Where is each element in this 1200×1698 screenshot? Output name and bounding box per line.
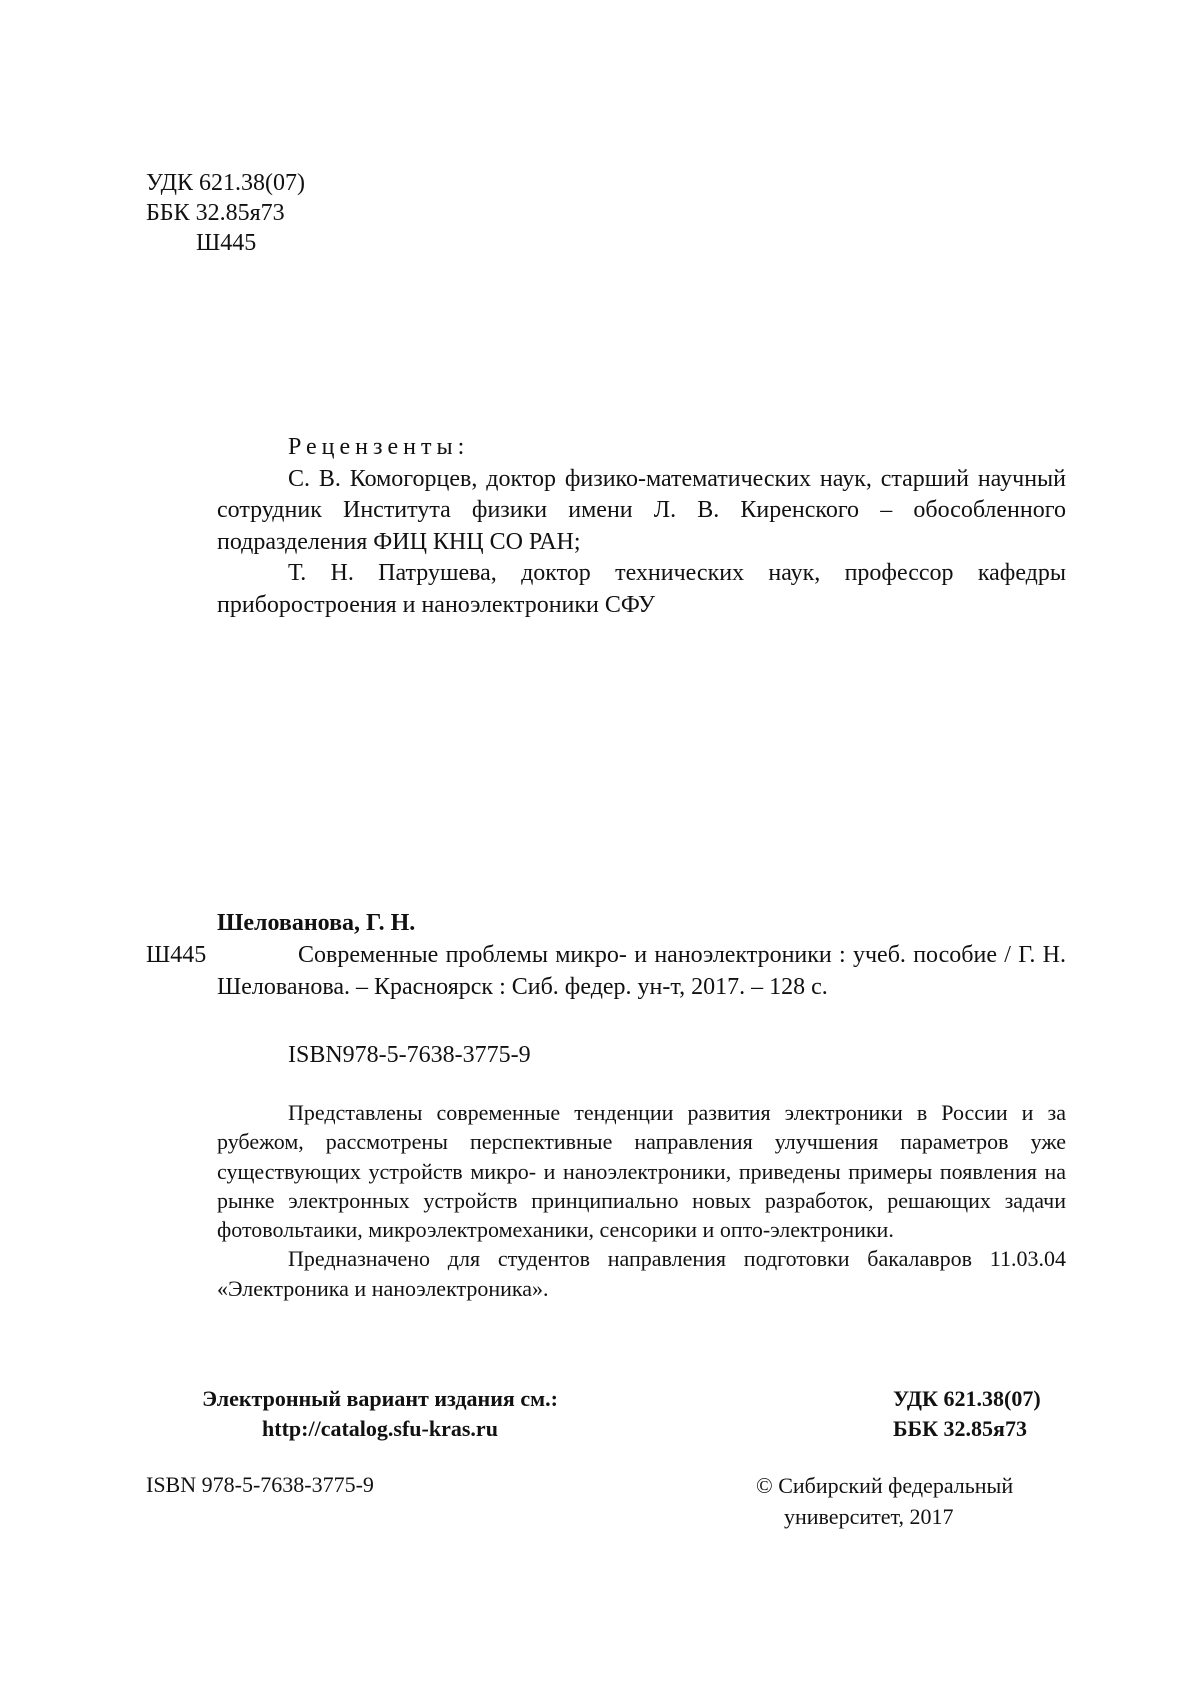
- footer-isbn: ISBN 978-5-7638-3775-9: [146, 1470, 374, 1500]
- record-description: Современные проблемы микро- и наноэлектр…: [217, 940, 1066, 1003]
- electronic-version: Электронный вариант издания см.: http://…: [130, 1384, 630, 1444]
- classification-codes-footer: УДК 621.38(07) ББК 32.85я73: [893, 1384, 1041, 1444]
- record-isbn: ISBN978-5-7638-3775-9: [288, 1040, 531, 1070]
- record-author-sign: Ш445: [146, 940, 206, 970]
- reviewer-entry: Т. Н. Патрушева, доктор технических наук…: [217, 558, 1066, 621]
- footer-bbk: ББК 32.85я73: [893, 1414, 1041, 1444]
- copyright-line: университет, 2017: [756, 1501, 1013, 1532]
- copyright-notice: © Сибирский федеральный университет, 201…: [756, 1470, 1013, 1532]
- copyright-line: © Сибирский федеральный: [756, 1470, 1013, 1501]
- record-author: Шелованова, Г. Н.: [217, 908, 415, 938]
- electronic-version-label: Электронный вариант издания см.:: [130, 1384, 630, 1414]
- bibliographic-description: Современные проблемы микро- и наноэлектр…: [217, 940, 1066, 1003]
- electronic-version-url[interactable]: http://catalog.sfu-kras.ru: [130, 1414, 630, 1444]
- bbk-code: ББК 32.85я73: [146, 198, 305, 228]
- reviewers-section: Рецензенты: С. В. Комогорцев, доктор физ…: [217, 432, 1066, 621]
- abstract-paragraph: Представлены современные тенденции разви…: [217, 1098, 1066, 1244]
- classification-codes-top: УДК 621.38(07) ББК 32.85я73 Ш445: [146, 168, 305, 258]
- reviewers-heading: Рецензенты:: [217, 432, 1066, 464]
- author-sign: Ш445: [146, 228, 305, 258]
- abstract-paragraph: Предназначено для студентов направления …: [217, 1244, 1066, 1303]
- reviewer-entry: С. В. Комогорцев, доктор физико-математи…: [217, 464, 1066, 559]
- abstract-section: Представлены современные тенденции разви…: [217, 1098, 1066, 1303]
- footer-udk: УДК 621.38(07): [893, 1384, 1041, 1414]
- udk-code: УДК 621.38(07): [146, 168, 305, 198]
